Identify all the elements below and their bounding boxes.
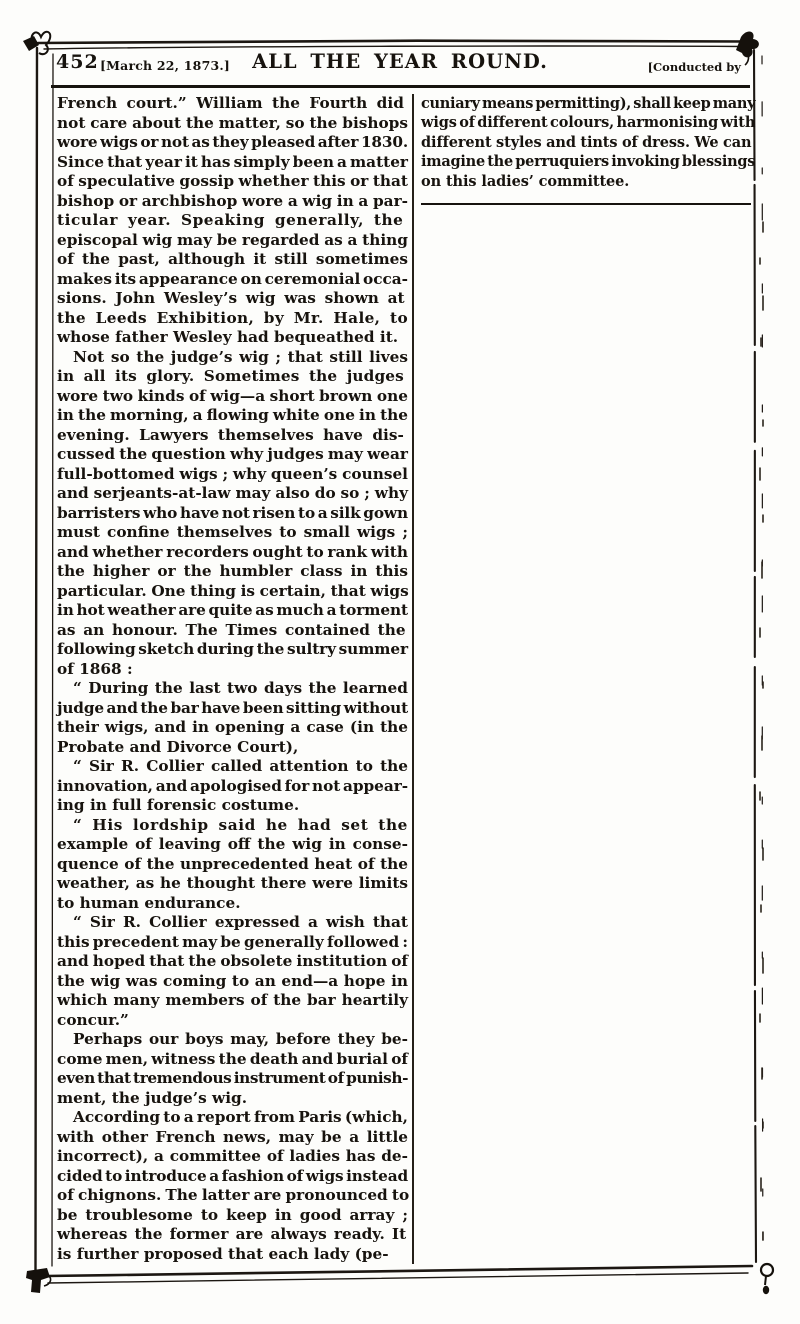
corner-ornament-bottom-right	[761, 1264, 773, 1294]
text-line: even that tremendous instrument of punis…	[57, 1069, 408, 1089]
corner-ornament-bottom-left	[26, 1268, 51, 1293]
text-line: “ His lordship said he had set the	[57, 816, 408, 836]
right-column: cuniary means permitting), shall keep ma…	[421, 94, 751, 205]
column-divider-rule	[412, 94, 414, 1264]
paragraph: cuniary means permitting), shall keep ma…	[421, 94, 751, 191]
text-line: Perhaps our boys may, before they be-	[57, 1030, 408, 1050]
text-line: is further proposed that each lady (pe-	[57, 1245, 408, 1265]
text-line: “ Sir R. Collier called attention to the	[57, 757, 408, 777]
text-line: to human endurance.	[57, 894, 408, 914]
text-line: the higher or the humbler class in this	[57, 562, 408, 582]
text-line: in the morning, a flowing white one in t…	[57, 406, 408, 426]
text-line: of the past, although it still sometimes	[57, 250, 408, 270]
text-line: which many members of the bar heartily	[57, 991, 408, 1011]
text-line: cussed the question why judges may wear	[57, 445, 408, 465]
text-line: must confine themselves to small wigs ;	[57, 523, 408, 543]
text-line: and hoped that the obsolete institution …	[57, 952, 408, 972]
text-line: whose father Wesley had bequeathed it.	[57, 328, 408, 348]
text-line: in hot weather are quite as much a torme…	[57, 601, 408, 621]
text-line: weather, as he thought there were limits	[57, 874, 408, 894]
text-line: particular. One thing is certain, that w…	[57, 582, 408, 602]
paragraph: According to a report from Paris (which,…	[57, 1108, 408, 1264]
text-line: their wigs, and in opening a case (in th…	[57, 718, 408, 738]
text-line: this precedent may be generally followed…	[57, 933, 408, 953]
text-line: barristers who have not risen to a silk …	[57, 504, 408, 524]
paragraph: “ Sir R. Collier called attention to the…	[57, 757, 408, 816]
text-line: wore wigs or not as they pleased after 1…	[57, 133, 408, 153]
text-line: with other French news, may be a little	[57, 1128, 408, 1148]
text-line: as an honour. The Times contained the	[57, 621, 408, 641]
paragraph: Perhaps our boys may, before they be-com…	[57, 1030, 408, 1108]
paragraph: French court.” William the Fourth didnot…	[57, 94, 408, 348]
text-line: sions. John Wesley’s wig was shown at	[57, 289, 408, 309]
running-note-conducted-by: [Conducted by	[648, 60, 741, 74]
text-line: of chignons. The latter are pronounced t…	[57, 1186, 408, 1206]
text-line: According to a report from Paris (which,	[57, 1108, 408, 1128]
text-line: ticular year. Speaking generally, the	[57, 211, 408, 231]
paragraph: “ His lordship said he had set theexampl…	[57, 816, 408, 914]
text-line: imagine the perruquiers invoking blessin…	[421, 152, 751, 171]
text-line: in all its glory. Sometimes the judges	[57, 367, 408, 387]
text-line: Since that year it has simply been a mat…	[57, 153, 408, 173]
text-line: cided to introduce a fashion of wigs ins…	[57, 1167, 408, 1187]
text-line: whereas the former are always ready. It	[57, 1225, 408, 1245]
text-line: ment, the judge’s wig.	[57, 1089, 408, 1109]
text-line: on this ladies’ committee.	[421, 172, 751, 191]
text-line: of speculative gossip whether this or th…	[57, 172, 408, 192]
text-line: be troublesome to keep in good array ;	[57, 1206, 408, 1226]
left-column: French court.” William the Fourth didnot…	[57, 94, 408, 1264]
text-line: come men, witness the death and burial o…	[57, 1050, 408, 1070]
text-line: concur.”	[57, 1011, 408, 1031]
text-line: judge and the bar have been sitting with…	[57, 699, 408, 719]
text-line: innovation, and apologised for not appea…	[57, 777, 408, 797]
text-line: French court.” William the Fourth did	[57, 94, 408, 114]
text-line: different styles and tints of dress. We …	[421, 133, 751, 152]
text-line: and whether recorders ought to rank with	[57, 543, 408, 563]
text-line: of 1868 :	[57, 660, 408, 680]
text-line: not care about the matter, so the bishop…	[57, 114, 408, 134]
text-line: the Leeds Exhibition, by Mr. Hale, to	[57, 309, 408, 329]
text-line: makes its appearance on ceremonial occa-	[57, 270, 408, 290]
paragraph: “ Sir R. Collier expressed a wish thatth…	[57, 913, 408, 1030]
text-line: following sketch during the sultry summe…	[57, 640, 408, 660]
section-divider-rule	[421, 203, 751, 206]
header-rule	[51, 85, 750, 88]
text-line: wore two kinds of wig—a short brown one	[57, 387, 408, 407]
text-line: the wig was coming to an end—a hope in	[57, 972, 408, 992]
text-line: cuniary means permitting), shall keep ma…	[421, 94, 751, 113]
text-line: Not so the judge’s wig ; that still live…	[57, 348, 408, 368]
scanned-page: { "header": { "page_number": "452", "iss…	[0, 0, 800, 1324]
text-line: “ Sir R. Collier expressed a wish that	[57, 913, 408, 933]
text-line: wigs of different colours, harmonising w…	[421, 113, 751, 132]
text-line: “ During the last two days the learned	[57, 679, 408, 699]
paragraph: “ During the last two days the learnedju…	[57, 679, 408, 757]
right-column-text: cuniary means permitting), shall keep ma…	[421, 94, 751, 191]
text-line: quence of the unprecedented heat of the	[57, 855, 408, 875]
text-line: full-bottomed wigs ; why queen’s counsel	[57, 465, 408, 485]
text-line: and serjeants-at-law may also do so ; wh…	[57, 484, 408, 504]
text-line: example of leaving off the wig in conse-	[57, 835, 408, 855]
text-line: ing in full forensic costume.	[57, 796, 408, 816]
text-line: incorrect), a committee of ladies has de…	[57, 1147, 408, 1167]
text-line: Probate and Divorce Court),	[57, 738, 408, 758]
paragraph: Not so the judge’s wig ; that still live…	[57, 348, 408, 680]
text-line: bishop or archbishop wore a wig in a par…	[57, 192, 408, 212]
text-line: evening. Lawyers themselves have dis-	[57, 426, 408, 446]
text-line: episcopal wig may be regarded as a thing	[57, 231, 408, 251]
